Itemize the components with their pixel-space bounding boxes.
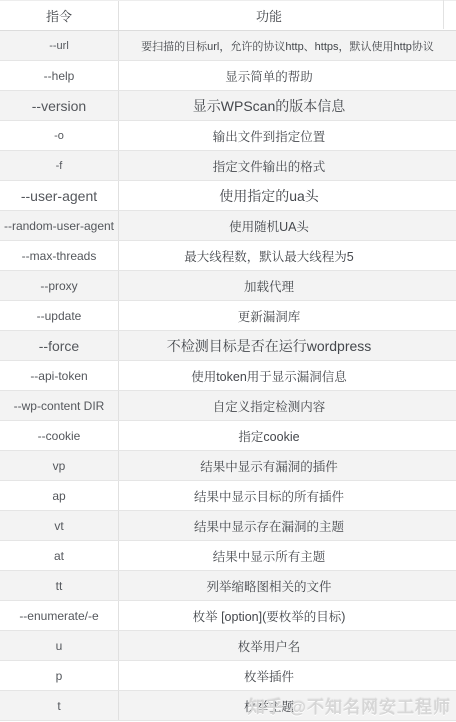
function-cell: 使用随机UA头	[119, 211, 456, 240]
table-row: --proxy 加载代理	[0, 271, 456, 301]
command-cell: --version	[0, 91, 119, 120]
command-cell: --random-user-agent	[0, 211, 119, 240]
function-cell: 更新漏洞库	[119, 301, 456, 330]
table-row: -o 输出文件到指定位置	[0, 121, 456, 151]
command-cell: p	[0, 661, 119, 690]
function-cell: 列举缩略图相关的文件	[119, 571, 456, 600]
table-row: vp 结果中显示有漏洞的插件	[0, 451, 456, 481]
function-cell: 加载代理	[119, 271, 456, 300]
function-cell: 指定文件输出的格式	[119, 151, 456, 180]
function-cell: 输出文件到指定位置	[119, 121, 456, 150]
command-cell: --api-token	[0, 361, 119, 390]
header-command-cell: 指令	[0, 1, 119, 30]
function-cell: 最大线程数，默认最大线程为5	[119, 241, 456, 270]
function-cell: 使用token用于显示漏洞信息	[119, 361, 456, 390]
function-cell: 指定cookie	[119, 421, 456, 450]
table-row: ap 结果中显示目标的所有插件	[0, 481, 456, 511]
command-cell: --update	[0, 301, 119, 330]
command-cell: --url	[0, 31, 119, 60]
function-cell: 枚举 [option](要枚举的目标)	[119, 601, 456, 630]
table-body: --url 要扫描的目标url，允许的协议http、https，默认使用http…	[0, 31, 456, 721]
command-cell: -f	[0, 151, 119, 180]
command-cell: --proxy	[0, 271, 119, 300]
table-row: --random-user-agent 使用随机UA头	[0, 211, 456, 241]
function-cell: 要扫描的目标url，允许的协议http、https，默认使用http协议	[119, 31, 456, 60]
command-cell: --user-agent	[0, 181, 119, 210]
table-row: --wp-content DIR 自定义指定检测内容	[0, 391, 456, 421]
function-cell: 结果中显示有漏洞的插件	[119, 451, 456, 480]
table-row: --version 显示WPScan的版本信息	[0, 91, 456, 121]
table-header-row: 指令 功能	[0, 1, 456, 31]
table-row: at 结果中显示所有主题	[0, 541, 456, 571]
function-cell: 自定义指定检测内容	[119, 391, 456, 420]
table-row: --force 不检测目标是否在运行wordpress	[0, 331, 456, 361]
command-cell: -o	[0, 121, 119, 150]
command-cell: --max-threads	[0, 241, 119, 270]
table-row: --update 更新漏洞库	[0, 301, 456, 331]
function-cell: 显示简单的帮助	[119, 61, 456, 90]
function-cell: 结果中显示目标的所有插件	[119, 481, 456, 510]
function-cell: 枚举用户名	[119, 631, 456, 660]
table-row: t 枚举主题	[0, 691, 456, 721]
command-cell: tt	[0, 571, 119, 600]
command-cell: vp	[0, 451, 119, 480]
function-cell: 枚举插件	[119, 661, 456, 690]
header-right-border-line	[443, 0, 444, 29]
command-cell: --cookie	[0, 421, 119, 450]
table-row: --api-token 使用token用于显示漏洞信息	[0, 361, 456, 391]
table-row: --max-threads 最大线程数，默认最大线程为5	[0, 241, 456, 271]
command-cell: u	[0, 631, 119, 660]
function-cell: 不检测目标是否在运行wordpress	[119, 331, 456, 360]
command-cell: at	[0, 541, 119, 570]
table-row: --help 显示简单的帮助	[0, 61, 456, 91]
function-cell: 结果中显示所有主题	[119, 541, 456, 570]
table-row: tt 列举缩略图相关的文件	[0, 571, 456, 601]
table-row: vt 结果中显示存在漏洞的主题	[0, 511, 456, 541]
command-cell: --help	[0, 61, 119, 90]
function-cell: 使用指定的ua头	[119, 181, 456, 210]
command-cell: --force	[0, 331, 119, 360]
command-table: 指令 功能 --url 要扫描的目标url，允许的协议http、https，默认…	[0, 0, 456, 721]
table-row: u 枚举用户名	[0, 631, 456, 661]
table-row: -f 指定文件输出的格式	[0, 151, 456, 181]
command-cell: vt	[0, 511, 119, 540]
header-function-cell: 功能	[119, 1, 456, 30]
table-row: --cookie 指定cookie	[0, 421, 456, 451]
function-cell: 结果中显示存在漏洞的主题	[119, 511, 456, 540]
command-cell: ap	[0, 481, 119, 510]
command-cell: --wp-content DIR	[0, 391, 119, 420]
table-row: --user-agent 使用指定的ua头	[0, 181, 456, 211]
function-cell: 显示WPScan的版本信息	[119, 91, 456, 120]
command-cell: t	[0, 691, 119, 720]
table-row: --url 要扫描的目标url，允许的协议http、https，默认使用http…	[0, 31, 456, 61]
table-row: p 枚举插件	[0, 661, 456, 691]
table-row: --enumerate/-e 枚举 [option](要枚举的目标)	[0, 601, 456, 631]
function-cell: 枚举主题	[119, 691, 456, 720]
command-cell: --enumerate/-e	[0, 601, 119, 630]
